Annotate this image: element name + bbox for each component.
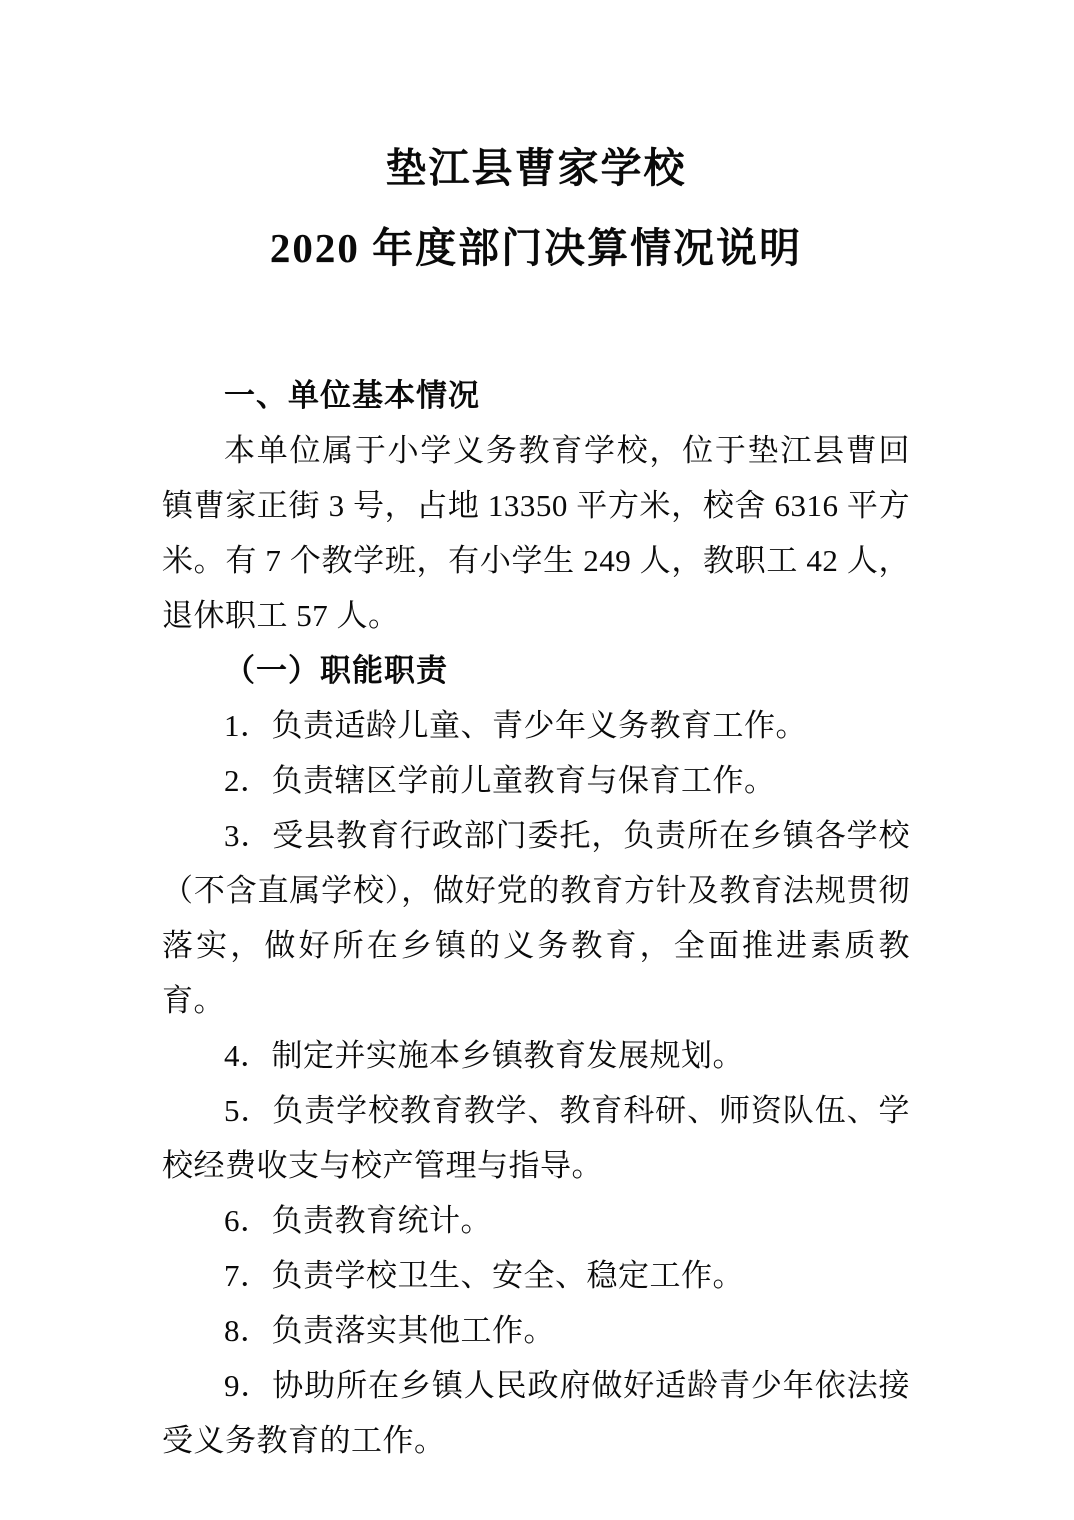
subsection-heading-duties: （一）职能职责 [162, 643, 910, 698]
section-heading-basic-info: 一、单位基本情况 [162, 368, 910, 423]
duty-item-7: 7．负责学校卫生、安全、稳定工作。 [162, 1248, 910, 1303]
duty-item-1: 1．负责适龄儿童、青少年义务教育工作。 [162, 698, 910, 753]
duty-item-2: 2．负责辖区学前儿童教育与保育工作。 [162, 753, 910, 808]
document-page: 垫江县曹家学校 2020 年度部门决算情况说明 一、单位基本情况 本单位属于小学… [0, 0, 1074, 1520]
duty-item-3: 3．受县教育行政部门委托，负责所在乡镇各学校（不含直属学校），做好党的教育方针及… [162, 808, 910, 1028]
duty-item-4: 4．制定并实施本乡镇教育发展规划。 [162, 1028, 910, 1083]
document-title-line2: 2020 年度部门决算情况说明 [162, 208, 910, 288]
duty-item-8: 8．负责落实其他工作。 [162, 1303, 910, 1358]
section-intro-paragraph: 本单位属于小学义务教育学校，位于垫江县曹回镇曹家正街 3 号，占地 13350 … [162, 423, 910, 643]
duty-item-9: 9．协助所在乡镇人民政府做好适龄青少年依法接受义务教育的工作。 [162, 1358, 910, 1468]
document-title-line1: 垫江县曹家学校 [162, 128, 910, 208]
document-body: 一、单位基本情况 本单位属于小学义务教育学校，位于垫江县曹回镇曹家正街 3 号，… [162, 368, 910, 1468]
duty-item-6: 6．负责教育统计。 [162, 1193, 910, 1248]
duty-item-5: 5．负责学校教育教学、教育科研、师资队伍、学校经费收支与校产管理与指导。 [162, 1083, 910, 1193]
